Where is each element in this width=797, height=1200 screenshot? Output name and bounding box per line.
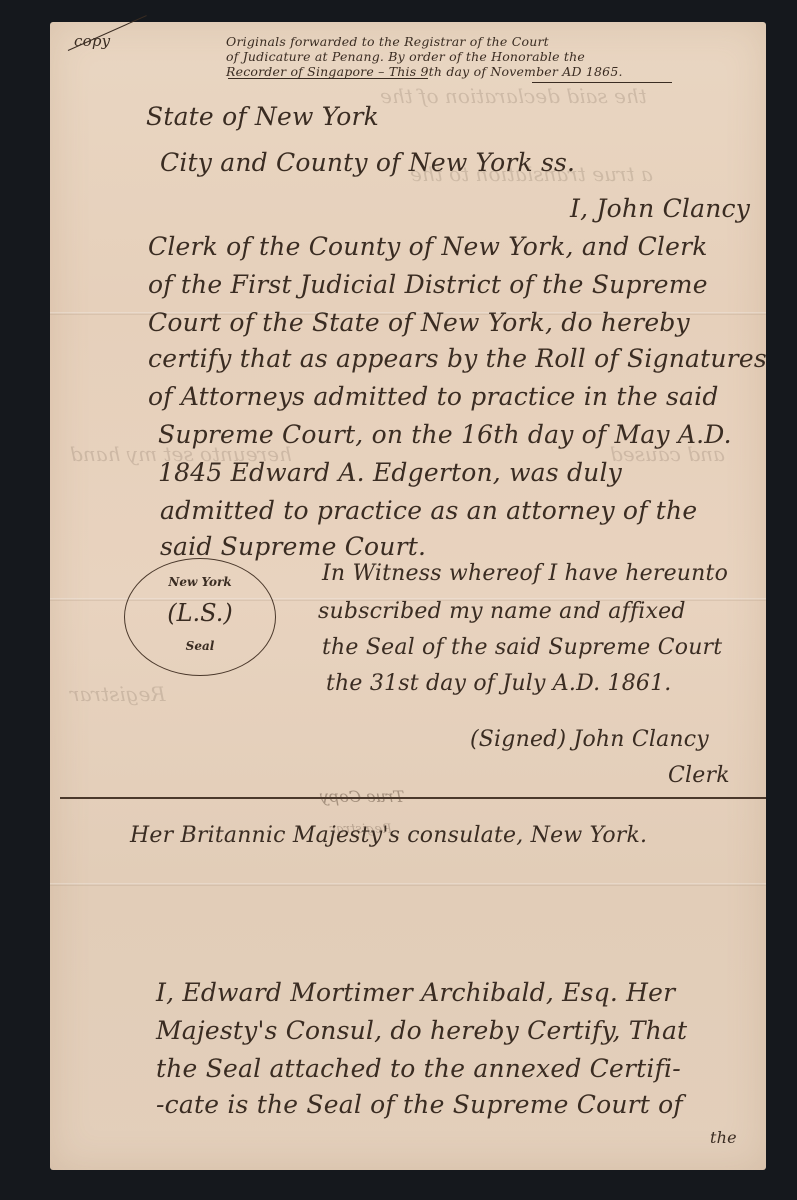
body-line-9: admitted to practice as an attorney of t… bbox=[160, 496, 697, 526]
body-line-8: 1845 Edward A. Edgerton, was duly bbox=[158, 458, 622, 488]
section-divider bbox=[60, 797, 766, 799]
bleed-through-text: the said declaration of the bbox=[380, 84, 647, 108]
heading-state: State of New York bbox=[146, 102, 379, 132]
seal-top-text: New York bbox=[125, 575, 275, 589]
signature-title: Clerk bbox=[668, 762, 730, 790]
consul-line-2: Majesty's Consul, do hereby Certify, Tha… bbox=[156, 1016, 687, 1046]
body-line-6: of Attorneys admitted to practice in the… bbox=[148, 382, 719, 412]
witness-line-2: subscribed my name and affixed bbox=[318, 598, 686, 626]
body-line-7: Supreme Court, on the 16th day of May A.… bbox=[158, 420, 732, 450]
annotation-line-1: Originals forwarded to the Registrar of … bbox=[226, 34, 549, 49]
heading-city-county: City and County of New York ss. bbox=[160, 148, 575, 178]
consul-line-5: the bbox=[710, 1128, 737, 1147]
witness-line-3: the Seal of the said Supreme Court bbox=[322, 634, 722, 662]
body-line-5: certify that as appears by the Roll of S… bbox=[148, 344, 767, 374]
annotation-underline bbox=[228, 78, 428, 79]
annotation-line-2: of Judicature at Penang. By order of the… bbox=[226, 49, 585, 64]
body-line-4: Court of the State of New York, do hereb… bbox=[148, 308, 690, 338]
seal-bottom-text: Seal bbox=[125, 639, 275, 653]
annotation-line-3: Recorder of Singapore – This 9th day of … bbox=[226, 64, 623, 79]
body-line-3: of the First Judicial District of the Su… bbox=[148, 270, 708, 300]
signature: (Signed) John Clancy bbox=[470, 726, 709, 754]
seal-ls-text: (L.S.) bbox=[125, 599, 275, 627]
body-line-2: Clerk of the County of New York, and Cle… bbox=[148, 232, 708, 262]
witness-line-1: In Witness whereof I have hereunto bbox=[322, 560, 728, 588]
consulate-heading: Her Britannic Majesty's consulate, New Y… bbox=[130, 822, 647, 850]
consul-line-3: the Seal attached to the annexed Certifi… bbox=[156, 1054, 681, 1084]
seal-circle: New York (L.S.) Seal bbox=[124, 558, 276, 676]
consul-line-1: I, Edward Mortimer Archibald, Esq. Her bbox=[156, 978, 675, 1008]
bleed-through-text: Registrar bbox=[70, 682, 165, 706]
fold-line bbox=[50, 883, 766, 886]
document-page: the said declaration of the a true trans… bbox=[50, 22, 766, 1170]
witness-line-4: the 31st day of July A.D. 1861. bbox=[326, 670, 672, 698]
body-line-1: I, John Clancy bbox=[570, 194, 750, 224]
consul-line-4: -cate is the Seal of the Supreme Court o… bbox=[156, 1090, 683, 1120]
annotation-underline bbox=[532, 82, 672, 83]
copy-mark: copy bbox=[74, 32, 110, 50]
